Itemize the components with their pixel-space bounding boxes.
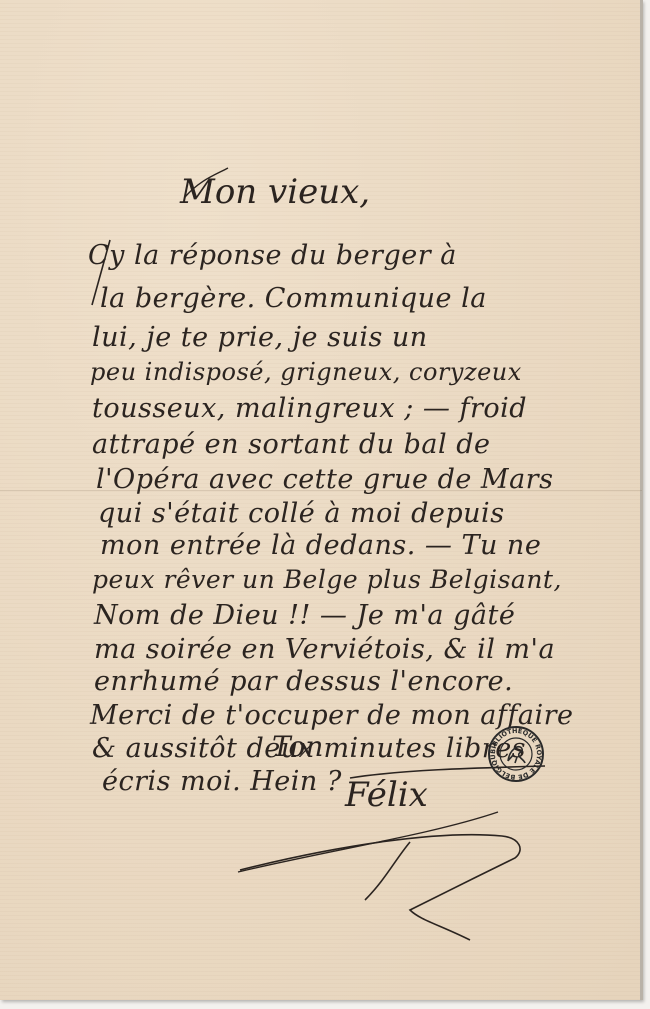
body-line: tousseux, malingreux ; — froid <box>92 393 527 424</box>
body-line: lui, je te prie, je suis un <box>92 322 428 353</box>
body-line: attrapé en sortant du bal de <box>92 429 491 460</box>
closing: Ton <box>272 730 323 763</box>
body-line: enrhumé par dessus l'encore. <box>94 666 513 697</box>
signature: Félix <box>345 775 428 815</box>
lion-crest-icon <box>508 747 525 763</box>
body-line: écris moi. Hein ? <box>102 766 342 797</box>
body-line: la bergère. Communique la <box>100 283 487 314</box>
body-line: l'Opéra avec cette grue de Mars <box>96 464 553 495</box>
body-line: peu indisposé, grigneux, coryzeux <box>90 358 522 386</box>
paper-edge <box>640 0 643 1000</box>
salutation: Mon vieux, <box>180 172 370 212</box>
body-line: Cy la réponse du berger à <box>88 240 457 271</box>
body-line: qui s'était collé à moi depuis <box>98 498 505 529</box>
body-line: mon entrée là dedans. — Tu ne <box>100 530 541 561</box>
library-stamp: BIBLIOTHÈQUE ROYALE DE BELGIQUE <box>487 725 545 783</box>
body-line: peux rêver un Belge plus Belgisant, <box>92 565 562 594</box>
body-line: Nom de Dieu !! — Je m'a gâté <box>94 600 515 631</box>
body-line: ma soirée en Verviétois, & il m'a <box>94 634 555 665</box>
